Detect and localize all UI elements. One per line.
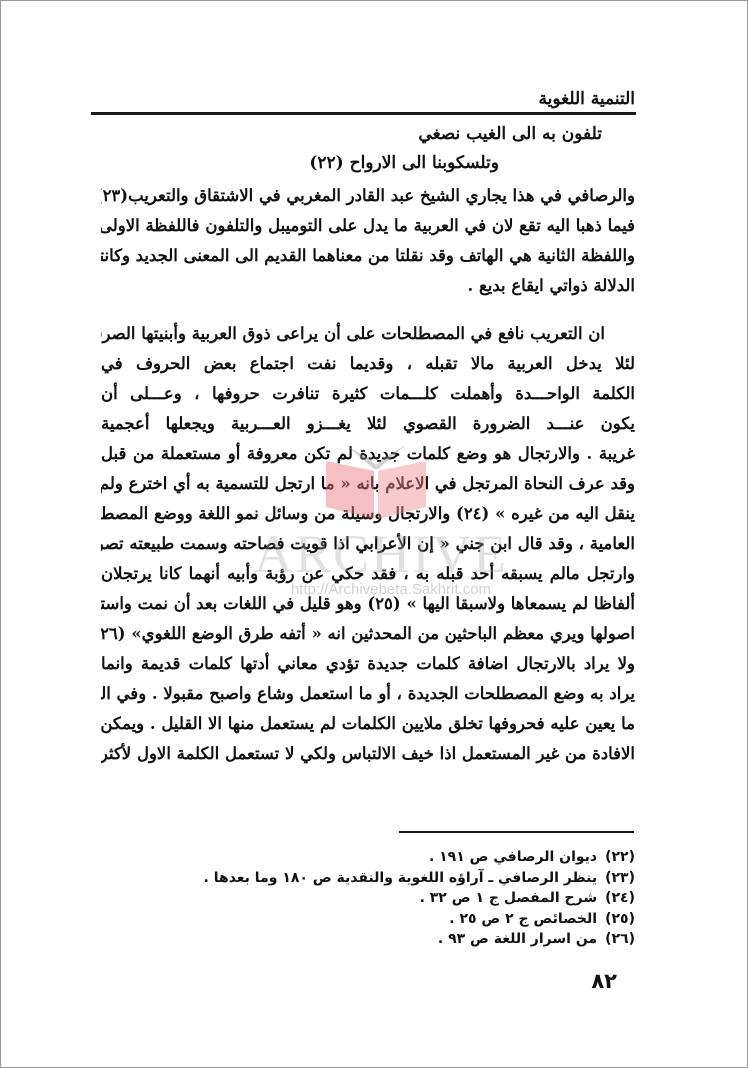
footnote-text: ينظر الرصافي ـ آراؤه اللغوية والنقدية ص …: [204, 870, 598, 886]
footnote-number: (٢٢): [605, 849, 635, 865]
page-number: ٨٢: [591, 969, 617, 993]
paragraph-2: ان التعريب نافع في المصطلحات على أن يراع…: [101, 319, 635, 769]
text-line: الدلالة ذواتي ايقاع بديع .: [101, 271, 635, 301]
text-line: الافادة من غير المستعمل اذا خيف الالتباس…: [101, 739, 635, 769]
footnote-text: ديوان الرصافي ص ١٩١ .: [429, 849, 597, 865]
footnote-number: (٢٤): [605, 890, 635, 906]
footnote-24: (٢٤)شرح المفصل ج ١ ص ٣٢ .: [204, 888, 635, 909]
footnotes: (٢٢)ديوان الرصافي ص ١٩١ . (٢٣)ينظر الرصا…: [204, 847, 635, 950]
footnote-23: (٢٣)ينظر الرصافي ـ آراؤه اللغوية والنقدي…: [204, 868, 635, 889]
text-line: فيما ذهبا اليه تقع لان في العربية ما يدل…: [101, 211, 635, 241]
text-line: ألفاظا لم يسمعاها ولاسبقا اليها » (٢٥) و…: [101, 589, 635, 619]
text-line: لئلا يدخل العربية مالا تقبله ، وقديما نف…: [101, 349, 635, 379]
scanned-page: التنمية اللغوية تلفون به الى الغيب نصغي …: [0, 0, 748, 1068]
footnote-number: (٢٦): [605, 931, 635, 947]
text-line: ولا يراد بالارتجال اضافة كلمات جديدة تؤد…: [101, 649, 635, 679]
header-rule: [91, 112, 636, 115]
footnote-rule: [399, 831, 634, 833]
text-line: واللفظة الثانية هي الهاتف وقد نقلتا من م…: [101, 241, 635, 271]
text-line: غريبة . والارتجال هو وضع كلمات جديدة لم …: [101, 439, 635, 469]
text-line: يراد به وضع المصطلحات الجديدة ، أو ما اس…: [101, 679, 635, 709]
running-head: التنمية اللغوية: [538, 89, 635, 109]
footnote-26: (٢٦)من اسرار اللغة ص ٩٣ .: [204, 929, 635, 950]
footnote-text: شرح المفصل ج ١ ص ٣٢ .: [420, 890, 598, 906]
text-line: ما يعين عليه فحروفها تخلق ملايين الكلمات…: [101, 709, 635, 739]
text-line: ينقل اليه من غيره » (٢٤) والارتجال وسيلة…: [101, 499, 635, 529]
text-line: الكلمة الواحـــدة وأهملت كلـــمات كثيرة …: [101, 379, 635, 409]
footnote-text: الخصائص ج ٢ ص ٢٥ .: [449, 911, 597, 927]
text-line: يكون عنـــد الضرورة القصوي لئلا يغـــزو …: [101, 409, 635, 439]
text-line: اصولها ويري معظم الباحثين من المحدثين ان…: [101, 619, 635, 649]
footnote-22: (٢٢)ديوان الرصافي ص ١٩١ .: [204, 847, 635, 868]
text-line: وارتجل مالم يسبقه أحد قبله به ، فقد حكي …: [101, 559, 635, 589]
text-line: والرصافي في هذا يجاري الشيخ عبد القادر ا…: [101, 181, 635, 211]
footnote-number: (٢٣): [605, 870, 635, 886]
footnote-25: (٢٥)الخصائص ج ٢ ص ٢٥ .: [204, 909, 635, 930]
footnote-number: (٢٥): [605, 911, 635, 927]
paragraph-1: والرصافي في هذا يجاري الشيخ عبد القادر ا…: [101, 181, 635, 301]
text-line: وقد عرف النحاة المرتجل في الاعلام بانه «…: [101, 469, 635, 499]
text-line: العامية ، وقد قال ابن جني « إن الأعرابي …: [101, 529, 635, 559]
verse-line-2: وتلسكوبنا الى الارواح (٢٢): [309, 153, 499, 173]
footnote-text: من اسرار اللغة ص ٩٣ .: [438, 931, 597, 947]
text-line: ان التعريب نافع في المصطلحات على أن يراع…: [101, 319, 635, 349]
verse-line-1: تلفون به الى الغيب نصغي: [418, 124, 602, 144]
